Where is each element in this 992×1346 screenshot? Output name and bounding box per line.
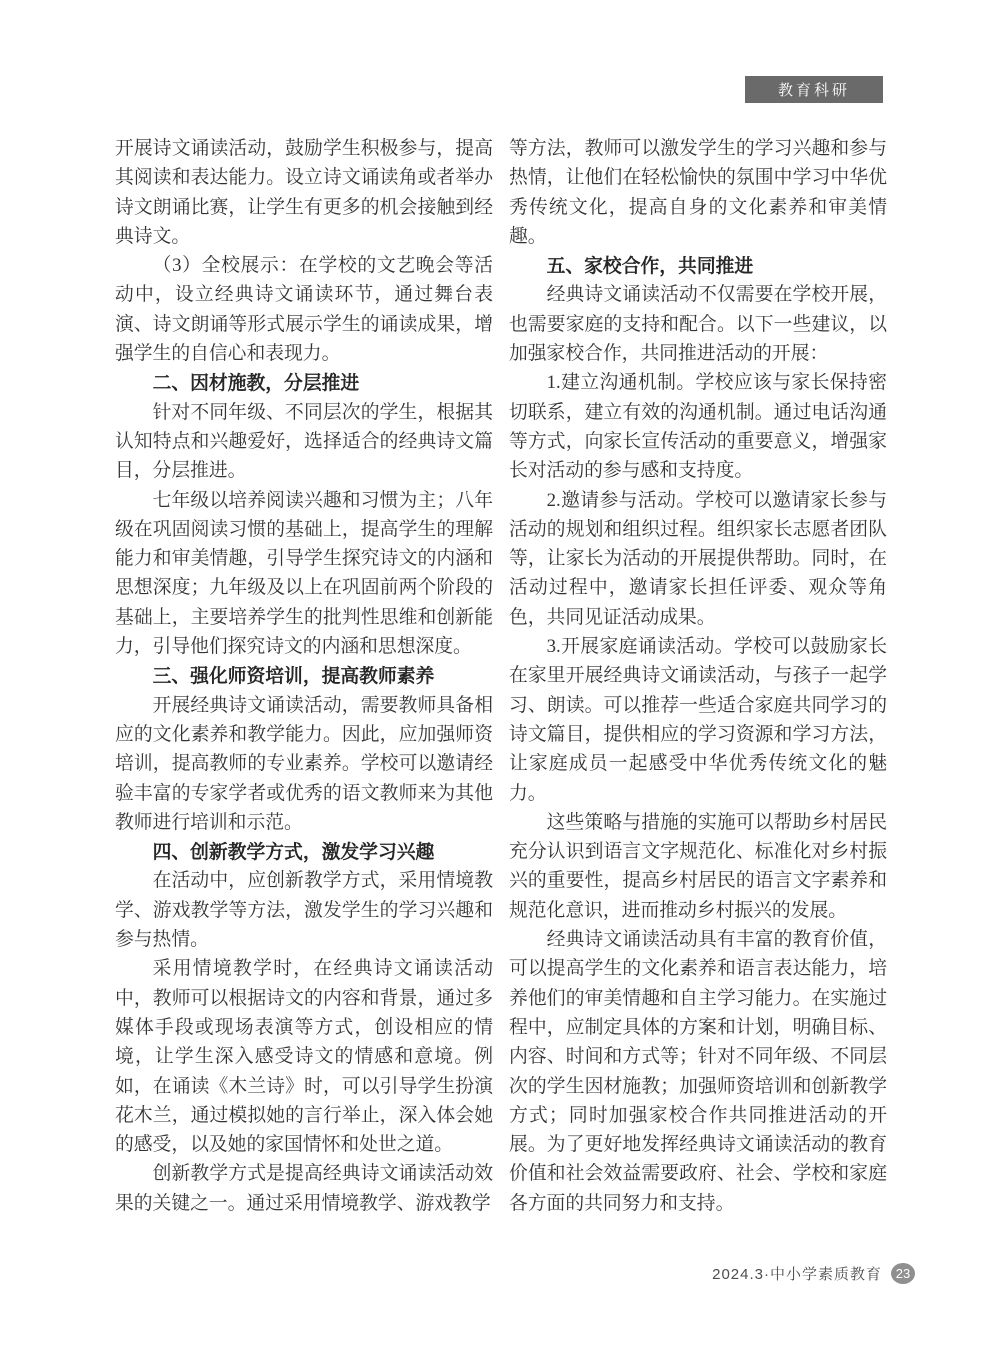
section-heading: 五、家校合作，共同推进 [509,251,887,280]
section-heading: 三、强化师资培训，提高教师素养 [115,661,493,690]
paragraph: 经典诗文诵读活动具有丰富的教育价值，可以提高学生的文化素养和语言表达能力，培养他… [509,925,887,1218]
paragraph: 等方法，教师可以激发学生的学习兴趣和参与热情，让他们在轻松愉快的氛围中学习中华优… [509,134,887,251]
paragraph: 经典诗文诵读活动不仅需要在学校开展，也需要家庭的支持和配合。以下一些建议，以加强… [509,280,887,368]
article-body: 开展诗文诵读活动，鼓励学生积极参与，提高其阅读和表达能力。设立诗文诵读角或者举办… [115,134,887,1218]
paragraph: 开展诗文诵读活动，鼓励学生积极参与，提高其阅读和表达能力。设立诗文诵读角或者举办… [115,134,493,251]
paragraph: 针对不同年级、不同层次的学生，根据其认知特点和兴趣爱好，选择适合的经典诗文篇目，… [115,398,493,486]
section-heading: 四、创新教学方式，激发学习兴趣 [115,837,493,866]
magazine-page: 教育科研 开展诗文诵读活动，鼓励学生积极参与，提高其阅读和表达能力。设立诗文诵读… [0,0,992,1346]
paragraph: 开展经典诗文诵读活动，需要教师具备相应的文化素养和教学能力。因此，应加强师资培训… [115,691,493,837]
paragraph: 3.开展家庭诵读活动。学校可以鼓励家长在家里开展经典诗文诵读活动，与孩子一起学习… [509,632,887,808]
left-column: 开展诗文诵读活动，鼓励学生积极参与，提高其阅读和表达能力。设立诗文诵读角或者举办… [115,134,493,1218]
right-column: 等方法，教师可以激发学生的学习兴趣和参与热情，让他们在轻松愉快的氛围中学习中华优… [509,134,887,1218]
page-footer: 2024.3·中小学素质教育 23 [712,1261,915,1285]
paragraph: 这些策略与措施的实施可以帮助乡村居民充分认识到语言文字规范化、标准化对乡村振兴的… [509,808,887,925]
paragraph: 创新教学方式是提高经典诗文诵读活动效果的关键之一。通过采用情境教学、游戏教学 [115,1159,493,1218]
paragraph: 1.建立沟通机制。学校应该与家长保持密切联系，建立有效的沟通机制。通过电话沟通等… [509,368,887,485]
page-number-badge: 23 [891,1263,915,1284]
paragraph: 在活动中，应创新教学方式，采用情境教学、游戏教学等方法，激发学生的学习兴趣和参与… [115,866,493,954]
paragraph: 七年级以培养阅读兴趣和习惯为主；八年级在巩固阅读习惯的基础上，提高学生的理解能力… [115,486,493,662]
section-heading: 二、因材施教，分层推进 [115,368,493,397]
paragraph: 2.邀请参与活动。学校可以邀请家长参与活动的规划和组织过程。组织家长志愿者团队等… [509,486,887,632]
paragraph: （3）全校展示：在学校的文艺晚会等活动中，设立经典诗文诵读环节，通过舞台表演、诗… [115,251,493,368]
paragraph: 采用情境教学时，在经典诗文诵读活动中，教师可以根据诗文的内容和背景，通过多媒体手… [115,954,493,1159]
section-badge: 教育科研 [745,76,883,103]
journal-issue-label: 2024.3·中小学素质教育 [712,1263,882,1284]
